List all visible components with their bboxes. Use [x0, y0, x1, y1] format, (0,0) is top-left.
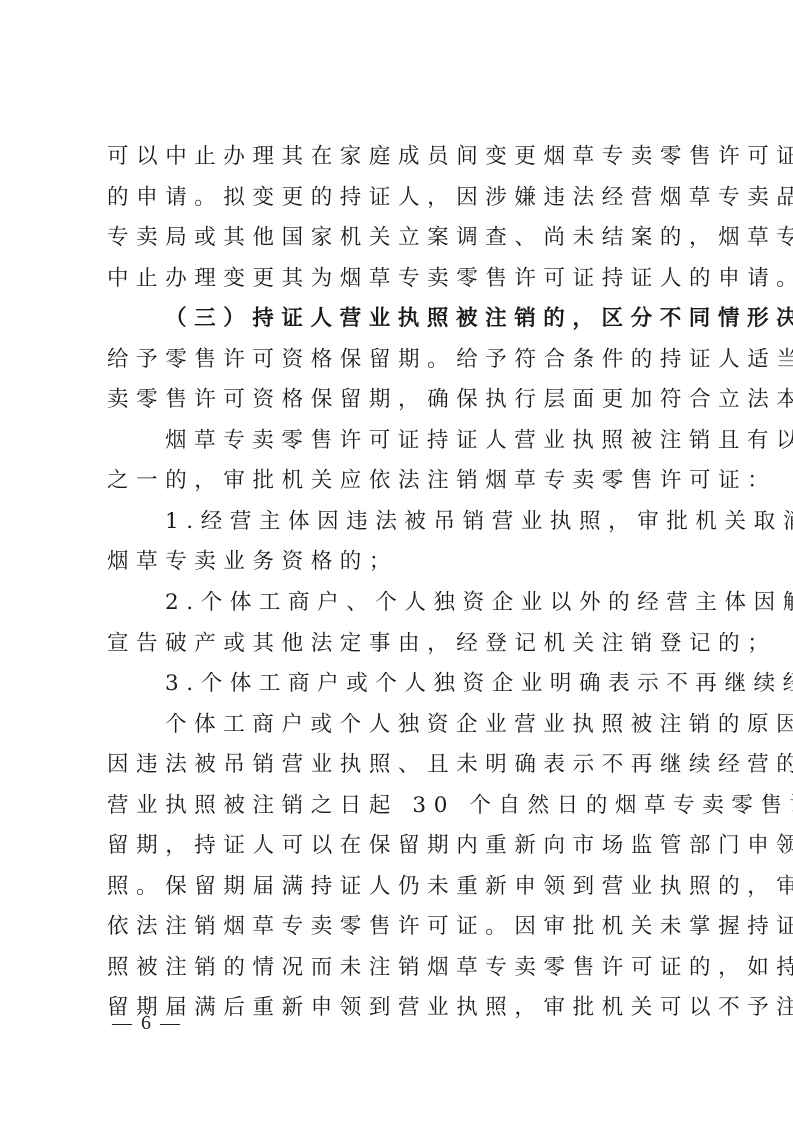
section-heading-line: （三）持证人营业执照被注销的，区分不同情形决定是否: [107, 299, 697, 340]
body-text: 可以中止办理其在家庭成员间变更烟草专卖零售许可证持证人 的申请。拟变更的持证人，…: [107, 137, 697, 1029]
text-line: 可以中止办理其在家庭成员间变更烟草专卖零售许可证持证人: [107, 137, 697, 178]
list-item-line: 2.个体工商户、个人独资企业以外的经营主体因解散、被: [107, 583, 697, 624]
text-line: 依法注销烟草专卖零售许可证。因审批机关未掌握持证人营业执: [107, 907, 697, 948]
list-item-line: 1.经营主体因违法被吊销营业执照，审批机关取消其从事: [107, 502, 697, 543]
text-line: 宣告破产或其他法定事由，经登记机关注销登记的；: [107, 624, 697, 665]
text-line: 之一的，审批机关应依法注销烟草专卖零售许可证：: [107, 461, 697, 502]
text-line: 营业执照被注销之日起 30 个自然日的烟草专卖零售许可资格保: [107, 786, 697, 827]
text-line: 留期届满后重新申领到营业执照，审批机关可以不予注销烟草专: [107, 988, 697, 1029]
text-line: 留期，持证人可以在保留期内重新向市场监管部门申领营业执: [107, 826, 697, 867]
text-line: 给予零售许可资格保留期。给予符合条件的持证人适当的烟草专: [107, 340, 697, 381]
text-line: 卖零售许可资格保留期，确保执行层面更加符合立法本意。: [107, 380, 697, 421]
text-line: 因违法被吊销营业执照、且未明确表示不再继续经营的，给予自: [107, 745, 697, 786]
list-item-line: 3.个体工商户或个人独资企业明确表示不再继续经营的。: [107, 664, 697, 705]
text-line: 照。保留期届满持证人仍未重新申领到营业执照的，审批机关应: [107, 867, 697, 908]
text-line: 中止办理变更其为烟草专卖零售许可证持证人的申请。: [107, 259, 697, 300]
document-page: 可以中止办理其在家庭成员间变更烟草专卖零售许可证持证人 的申请。拟变更的持证人，…: [0, 0, 793, 1122]
page-number: — 6 —: [112, 1012, 182, 1035]
text-line: 的申请。拟变更的持证人，因涉嫌违法经营烟草专卖品已被烟草: [107, 178, 697, 219]
text-line: 个体工商户或个人独资企业营业执照被注销的原因不属于: [107, 705, 697, 746]
text-line: 烟草专卖业务资格的；: [107, 542, 697, 583]
text-line: 照被注销的情况而未注销烟草专卖零售许可证的，如持证人在保: [107, 948, 697, 989]
text-line: 烟草专卖零售许可证持证人营业执照被注销且有以下情形: [107, 421, 697, 462]
text-line: 专卖局或其他国家机关立案调查、尚未结案的，烟草专卖局可以: [107, 218, 697, 259]
